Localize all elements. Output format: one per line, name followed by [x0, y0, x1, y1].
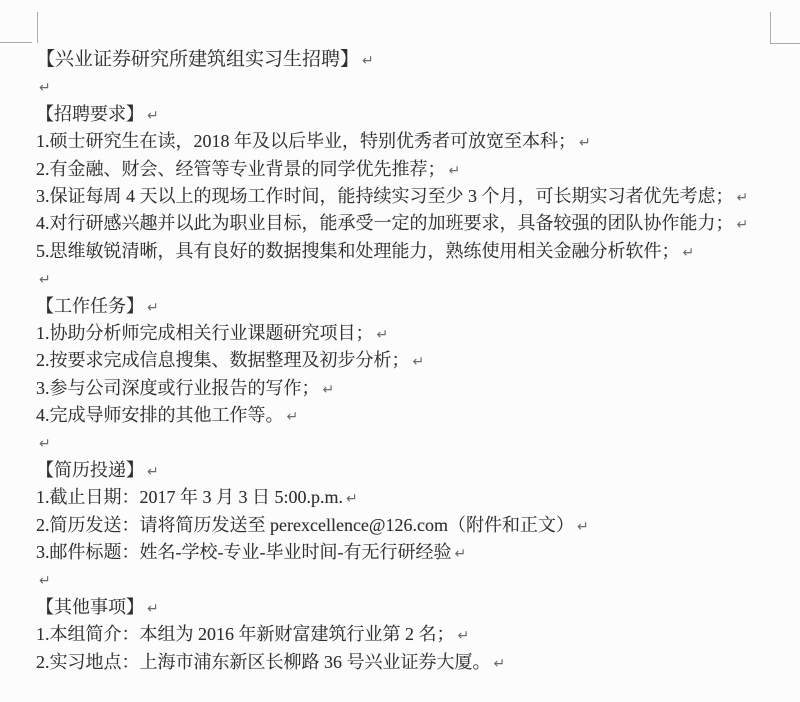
list-item: 1.截止日期：2017 年 3 月 3 日 5:00.p.m.↵: [36, 484, 784, 511]
section-heading: 【其他事项】↵: [36, 594, 784, 621]
paragraph-mark-icon: ↵: [39, 272, 51, 288]
paragraph-mark-icon: ↵: [579, 135, 591, 151]
list-item-text: 4.完成导师安排的其他工作等。: [36, 405, 284, 425]
paragraph-mark-icon: ↵: [287, 409, 299, 425]
paragraph-mark-icon: ↵: [346, 491, 358, 507]
paragraph-mark-icon: ↵: [449, 163, 461, 179]
list-item-text: 1.截止日期：2017 年 3 月 3 日 5:00.p.m.: [36, 487, 343, 507]
paragraph-mark-icon: ↵: [737, 217, 749, 233]
paragraph-mark-icon: ↵: [39, 573, 51, 589]
crop-mark-top-left-horizontal: [0, 42, 32, 43]
section-heading-text: 【其他事项】: [36, 597, 144, 617]
section-heading-text: 【简历投递】: [36, 460, 144, 480]
list-item: 4.完成导师安排的其他工作等。↵: [36, 402, 784, 429]
empty-paragraph: ↵: [36, 566, 784, 593]
list-item-text: 2.简历发送：请将简历发送至 perexcellence@126.com（附件和…: [36, 515, 574, 535]
list-item-text: 2.有金融、财会、经管等专业背景的同学优先推荐；: [36, 159, 446, 179]
list-item: 4.对行研感兴趣并以此为职业目标，能承受一定的加班要求，具备较强的团队协作能力；…: [36, 210, 784, 237]
crop-mark-top-left-vertical: [37, 12, 38, 43]
document-content: 【兴业证券研究所建筑组实习生招聘】↵ ↵ 【招聘要求】↵ 1.硕士研究生在读，2…: [36, 46, 784, 676]
list-item-text: 1.协助分析师完成相关行业课题研究项目；: [36, 323, 374, 343]
list-item-text: 1.本组简介：本组为 2016 年新财富建筑行业第 2 名；: [36, 624, 455, 644]
list-item: 1.硕士研究生在读，2018 年及以后毕业，特别优秀者可放宽至本科；↵: [36, 128, 784, 155]
document-title-text: 【兴业证券研究所建筑组实习生招聘】: [36, 49, 359, 70]
empty-paragraph: ↵: [36, 265, 784, 292]
document-title: 【兴业证券研究所建筑组实习生招聘】↵: [36, 46, 784, 73]
document-page: 【兴业证券研究所建筑组实习生招聘】↵ ↵ 【招聘要求】↵ 1.硕士研究生在读，2…: [0, 0, 800, 702]
paragraph-mark-icon: ↵: [147, 464, 159, 480]
section-resume-submission: 【简历投递】↵ 1.截止日期：2017 年 3 月 3 日 5:00.p.m.↵…: [36, 457, 784, 567]
list-item-text: 4.对行研感兴趣并以此为职业目标，能承受一定的加班要求，具备较强的团队协作能力；: [36, 213, 734, 233]
paragraph-mark-icon: ↵: [147, 108, 159, 124]
list-item-text: 2.按要求完成信息搜集、数据整理及初步分析；: [36, 350, 410, 370]
empty-paragraph: ↵: [36, 73, 784, 100]
paragraph-mark-icon: ↵: [737, 190, 749, 206]
list-item-text: 3.参与公司深度或行业报告的写作；: [36, 378, 320, 398]
list-item-text: 3.邮件标题：姓名-学校-专业-毕业时间-有无行研经验: [36, 542, 451, 562]
paragraph-mark-icon: ↵: [413, 354, 425, 370]
paragraph-mark-icon: ↵: [147, 300, 159, 316]
list-item: 2.有金融、财会、经管等专业背景的同学优先推荐；↵: [36, 156, 784, 183]
paragraph-mark-icon: ↵: [39, 436, 51, 452]
list-item: 3.邮件标题：姓名-学校-专业-毕业时间-有无行研经验↵: [36, 539, 784, 566]
paragraph-mark-icon: ↵: [454, 546, 466, 562]
list-item-text: 1.硕士研究生在读，2018 年及以后毕业，特别优秀者可放宽至本科；: [36, 131, 576, 151]
list-item-text: 5.思维敏锐清晰，具有良好的数据搜集和处理能力，熟练使用相关金融分析软件；: [36, 241, 680, 261]
paragraph-mark-icon: ↵: [323, 382, 335, 398]
list-item: 3.保证每周 4 天以上的现场工作时间，能持续实习至少 3 个月，可长期实习者优…: [36, 183, 784, 210]
crop-mark-top-right-vertical: [770, 12, 771, 43]
list-item: 5.思维敏锐清晰，具有良好的数据搜集和处理能力，熟练使用相关金融分析软件；↵: [36, 238, 784, 265]
section-work-tasks: 【工作任务】↵ 1.协助分析师完成相关行业课题研究项目；↵ 2.按要求完成信息搜…: [36, 293, 784, 430]
section-recruit-requirements: 【招聘要求】↵ 1.硕士研究生在读，2018 年及以后毕业，特别优秀者可放宽至本…: [36, 101, 784, 265]
section-other-notes: 【其他事项】↵ 1.本组简介：本组为 2016 年新财富建筑行业第 2 名；↵ …: [36, 594, 784, 676]
paragraph-mark-icon: ↵: [683, 245, 695, 261]
paragraph-mark-icon: ↵: [362, 53, 374, 69]
section-heading-text: 【招聘要求】: [36, 104, 144, 124]
section-heading-text: 【工作任务】: [36, 296, 144, 316]
list-item: 1.协助分析师完成相关行业课题研究项目；↵: [36, 320, 784, 347]
list-item: 3.参与公司深度或行业报告的写作；↵: [36, 375, 784, 402]
crop-mark-top-right-horizontal: [770, 43, 800, 44]
paragraph-mark-icon: ↵: [458, 628, 470, 644]
paragraph-mark-icon: ↵: [577, 519, 589, 535]
list-item-text: 3.保证每周 4 天以上的现场工作时间，能持续实习至少 3 个月，可长期实习者优…: [36, 186, 734, 206]
empty-paragraph: ↵: [36, 429, 784, 456]
paragraph-mark-icon: ↵: [494, 656, 506, 672]
list-item: 1.本组简介：本组为 2016 年新财富建筑行业第 2 名；↵: [36, 621, 784, 648]
list-item: 2.简历发送：请将简历发送至 perexcellence@126.com（附件和…: [36, 512, 784, 539]
section-heading: 【工作任务】↵: [36, 293, 784, 320]
section-heading: 【招聘要求】↵: [36, 101, 784, 128]
list-item: 2.实习地点：上海市浦东新区长柳路 36 号兴业证券大厦。↵: [36, 649, 784, 676]
list-item: 2.按要求完成信息搜集、数据整理及初步分析；↵: [36, 347, 784, 374]
section-heading: 【简历投递】↵: [36, 457, 784, 484]
paragraph-mark-icon: ↵: [147, 601, 159, 617]
paragraph-mark-icon: ↵: [377, 327, 389, 343]
paragraph-mark-icon: ↵: [39, 80, 51, 96]
list-item-text: 2.实习地点：上海市浦东新区长柳路 36 号兴业证券大厦。: [36, 652, 491, 672]
